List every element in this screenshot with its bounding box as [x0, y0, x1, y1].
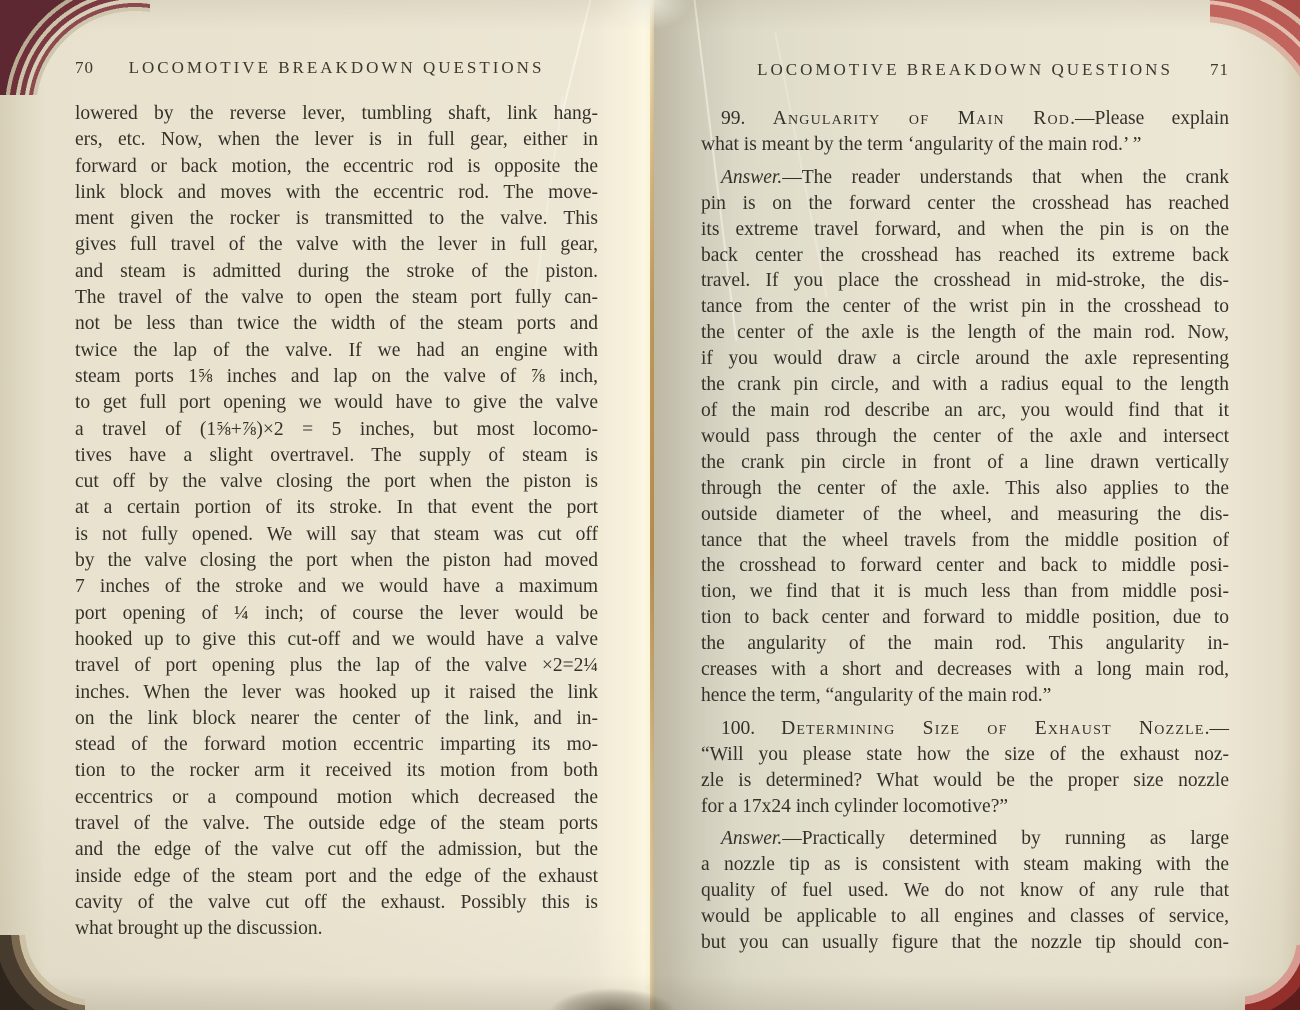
text-segment: .—Please explain [1070, 108, 1229, 129]
answer-label: Answer. [721, 828, 782, 849]
text-segment: the crosshead to forward center and back… [701, 555, 1229, 576]
text-line: outside diameter of the wheel, and measu… [701, 502, 1229, 528]
text-line: to get full port opening we would have t… [75, 390, 598, 416]
text-segment: —The reader understands that when the cr… [782, 167, 1229, 188]
text-segment: would be applicable to all engines and c… [701, 906, 1229, 927]
text-line: not be less than twice the width of the … [75, 311, 598, 337]
text-segment: for a 17x24 inch cylinder locomotive?” [701, 796, 1008, 817]
text-segment: if you would draw a circle around the ax… [701, 348, 1229, 369]
text-segment: port opening of ¼ inch; of course the le… [75, 603, 598, 624]
text-line: gives full travel of the valve with the … [75, 232, 598, 258]
text-line: tance from the center of the wrist pin i… [701, 294, 1229, 320]
page-number-left: 70 [75, 58, 94, 78]
text-line: the angularity of the main rod. This ang… [701, 631, 1229, 657]
text-line: tion to the rocker arm it received its m… [75, 758, 598, 784]
text-segment: zle is determined? What would be the pro… [701, 770, 1229, 791]
text-line: if you would draw a circle around the ax… [701, 346, 1229, 372]
text-segment: gives full travel of the valve with the … [75, 234, 598, 255]
text-line: cavity of the valve cut off the exhaust.… [75, 890, 598, 916]
text-segment: cut off by the valve closing the port wh… [75, 471, 598, 492]
text-segment: cavity of the valve cut off the exhaust.… [75, 892, 598, 913]
text-line: what brought up the discussion. [75, 916, 598, 942]
text-line: The travel of the valve to open the stea… [75, 285, 598, 311]
text-line: travel of port opening plus the lap of t… [75, 653, 598, 679]
text-line: stead of the forward motion eccentric im… [75, 732, 598, 758]
text-line: tance that the wheel travels from the mi… [701, 528, 1229, 554]
text-line: tion, we find that it is much less than … [701, 579, 1229, 605]
running-title-left: LOCOMOTIVE BREAKDOWN QUESTIONS [75, 58, 598, 78]
text-line: pin is on the forward center the crosshe… [701, 191, 1229, 217]
text-segment: travel of the valve. The outside edge of… [75, 813, 598, 834]
text-line: travel. If you place the crosshead in mi… [701, 268, 1229, 294]
text-segment: ment given the rocker is transmitted to … [75, 208, 598, 229]
text-line: tion to back center and forward to middl… [701, 605, 1229, 631]
book-photo: { "palette": { "paper_cream": "#eae5d3",… [0, 0, 1300, 1010]
question-heading: Angularity of Main Rod [773, 108, 1070, 129]
text-line: what is meant by the term ‘angularity of… [701, 132, 1229, 158]
text-segment: 99. [721, 108, 773, 129]
text-segment: tion to the rocker arm it received its m… [75, 760, 598, 781]
text-line: hooked up to give this cut-off and we wo… [75, 627, 598, 653]
text-segment: the crank pin circle in front of a line … [701, 452, 1229, 473]
text-line: Answer.—The reader understands that when… [701, 165, 1229, 191]
text-line: creases with a short and decreases with … [701, 657, 1229, 683]
text-line: by the valve closing the port when the p… [75, 548, 598, 574]
text-segment: and the edge of the valve cut off the ad… [75, 839, 598, 860]
right-page-header: LOCOMOTIVE BREAKDOWN QUESTIONS 71 [701, 60, 1229, 84]
text-line: the crank pin circle in front of a line … [701, 450, 1229, 476]
text-line: twice the lap of the valve. If we had an… [75, 338, 598, 364]
text-line: steam ports 1⅝ inches and lap on the val… [75, 364, 598, 390]
text-line: the crank pin circle, and with a radius … [701, 372, 1229, 398]
text-line: forward or back motion, the eccentric ro… [75, 154, 598, 180]
text-line: the crosshead to forward center and back… [701, 553, 1229, 579]
text-segment: of the main rod describe an arc, you wou… [701, 400, 1229, 421]
text-segment: travel. If you place the crosshead in mi… [701, 270, 1229, 291]
text-segment: on the link block nearer the center of t… [75, 708, 598, 729]
text-line: would be applicable to all engines and c… [701, 904, 1229, 930]
left-page-header: 70 LOCOMOTIVE BREAKDOWN QUESTIONS [75, 58, 598, 82]
text-line: and the edge of the valve cut off the ad… [75, 837, 598, 863]
text-segment: the center of the axle is the length of … [701, 322, 1229, 343]
text-segment: back center the crosshead has reached it… [701, 245, 1229, 266]
text-line: back center the crosshead has reached it… [701, 243, 1229, 269]
text-line: travel of the valve. The outside edge of… [75, 811, 598, 837]
text-segment: —Practically determined by running as la… [782, 828, 1229, 849]
text-line: a nozzle tip as is consistent with steam… [701, 852, 1229, 878]
text-line: the center of the axle is the length of … [701, 320, 1229, 346]
text-segment: tion, we find that it is much less than … [701, 581, 1229, 602]
text-line: ment given the rocker is transmitted to … [75, 206, 598, 232]
text-segment: inside edge of the steam port and the ed… [75, 866, 598, 887]
text-line: port opening of ¼ inch; of course the le… [75, 601, 598, 627]
text-line: is not fully opened. We will say that st… [75, 522, 598, 548]
paragraph: lowered by the reverse lever, tumbling s… [75, 101, 598, 943]
text-segment: The travel of the valve to open the stea… [75, 287, 598, 308]
text-line: eccentrics or a compound motion which de… [75, 785, 598, 811]
text-line: its extreme travel forward, and when the… [701, 217, 1229, 243]
text-segment: hooked up to give this cut-off and we wo… [75, 629, 598, 650]
text-line: a travel of (1⅝+⅞)×2 = 5 inches, but mos… [75, 417, 598, 443]
text-segment: not be less than twice the width of the … [75, 313, 598, 334]
text-line: lowered by the reverse lever, tumbling s… [75, 101, 598, 127]
text-line: through the center of the axle. This als… [701, 476, 1229, 502]
cover-edge-bottom-left [0, 935, 85, 1010]
text-line: of the main rod describe an arc, you wou… [701, 398, 1229, 424]
text-segment: forward or back motion, the eccentric ro… [75, 156, 598, 177]
text-segment: stead of the forward motion eccentric im… [75, 734, 598, 755]
text-segment: hence the term, “angularity of the main … [701, 685, 1051, 706]
text-line: ers, etc. Now, when the lever is in full… [75, 127, 598, 153]
text-line: “Will you please state how the size of t… [701, 742, 1229, 768]
text-line: inches. When the lever was hooked up it … [75, 680, 598, 706]
paragraph: 100. Determining Size of Exhaust Nozzle.… [701, 716, 1229, 820]
text-line: on the link block nearer the center of t… [75, 706, 598, 732]
text-segment: outside diameter of the wheel, and measu… [701, 504, 1229, 525]
text-segment: tance that the wheel travels from the mi… [701, 530, 1229, 551]
text-segment: “Will you please state how the size of t… [701, 744, 1229, 765]
text-line: 99. Angularity of Main Rod.—Please expla… [701, 106, 1229, 132]
text-line: cut off by the valve closing the port wh… [75, 469, 598, 495]
text-segment: link block and moves with the eccentric … [75, 182, 598, 203]
answer-label: Answer. [721, 167, 782, 188]
text-segment: pin is on the forward center the crosshe… [701, 193, 1229, 214]
text-segment: inches. When the lever was hooked up it … [75, 682, 598, 703]
paragraph: Answer.—The reader understands that when… [701, 165, 1229, 709]
text-line: at a certain portion of its stroke. In t… [75, 495, 598, 521]
text-segment: lowered by the reverse lever, tumbling s… [75, 103, 598, 124]
text-line: inside edge of the steam port and the ed… [75, 864, 598, 890]
paragraph: Answer.—Practically determined by runnin… [701, 826, 1229, 956]
text-segment: 100. [721, 718, 781, 739]
right-page-body: 99. Angularity of Main Rod.—Please expla… [701, 106, 1229, 956]
text-segment: tance from the center of the wrist pin i… [701, 296, 1229, 317]
text-segment: travel of port opening plus the lap of t… [75, 655, 598, 676]
text-segment: tion to back center and forward to middl… [701, 607, 1229, 628]
running-title-right: LOCOMOTIVE BREAKDOWN QUESTIONS [701, 60, 1229, 80]
text-segment: quality of fuel used. We do not know of … [701, 880, 1229, 901]
text-segment: a nozzle tip as is consistent with steam… [701, 854, 1229, 875]
text-line: 7 inches of the stroke and we would have… [75, 574, 598, 600]
text-segment: .— [1205, 718, 1229, 739]
text-segment: steam ports 1⅝ inches and lap on the val… [75, 366, 598, 387]
text-line: 100. Determining Size of Exhaust Nozzle.… [701, 716, 1229, 742]
text-segment: what brought up the discussion. [75, 918, 323, 939]
text-segment: through the center of the axle. This als… [701, 478, 1229, 499]
text-segment: is not fully opened. We will say that st… [75, 524, 598, 545]
text-segment: twice the lap of the valve. If we had an… [75, 340, 598, 361]
paragraph: 99. Angularity of Main Rod.—Please expla… [701, 106, 1229, 158]
text-line: and steam is admitted during the stroke … [75, 259, 598, 285]
text-line: zle is determined? What would be the pro… [701, 768, 1229, 794]
text-segment: to get full port opening we would have t… [75, 392, 598, 413]
text-line: Answer.—Practically determined by runnin… [701, 826, 1229, 852]
text-segment: by the valve closing the port when the p… [75, 550, 598, 571]
text-line: for a 17x24 inch cylinder locomotive?” [701, 794, 1229, 820]
text-segment: ers, etc. Now, when the lever is in full… [75, 129, 598, 150]
text-segment: its extreme travel forward, and when the… [701, 219, 1229, 240]
text-line: link block and moves with the eccentric … [75, 180, 598, 206]
text-line: hence the term, “angularity of the main … [701, 683, 1229, 709]
text-segment: a travel of (1⅝+⅞)×2 = 5 inches, but mos… [75, 419, 598, 440]
text-segment: 7 inches of the stroke and we would have… [75, 576, 598, 597]
text-line: tives have a slight overtravel. The supp… [75, 443, 598, 469]
text-segment: the angularity of the main rod. This ang… [701, 633, 1229, 654]
text-segment: the crank pin circle, and with a radius … [701, 374, 1229, 395]
question-heading: Determining Size of Exhaust Nozzle [781, 718, 1205, 739]
text-line: but you can usually figure that the nozz… [701, 930, 1229, 956]
text-segment: creases with a short and decreases with … [701, 659, 1229, 680]
text-segment: tives have a slight overtravel. The supp… [75, 445, 598, 466]
text-segment: but you can usually figure that the nozz… [701, 932, 1229, 953]
text-segment: and steam is admitted during the stroke … [75, 261, 598, 282]
page-number-right: 71 [1210, 60, 1229, 80]
red-page-edge-bottom-right [1245, 945, 1300, 1010]
text-line: would pass through the center of the axl… [701, 424, 1229, 450]
left-page-body: lowered by the reverse lever, tumbling s… [75, 101, 598, 943]
text-segment: eccentrics or a compound motion which de… [75, 787, 598, 808]
text-segment: what is meant by the term ‘angularity of… [701, 134, 1141, 155]
text-line: quality of fuel used. We do not know of … [701, 878, 1229, 904]
text-segment: would pass through the center of the axl… [701, 426, 1229, 447]
text-segment: at a certain portion of its stroke. In t… [75, 497, 598, 518]
